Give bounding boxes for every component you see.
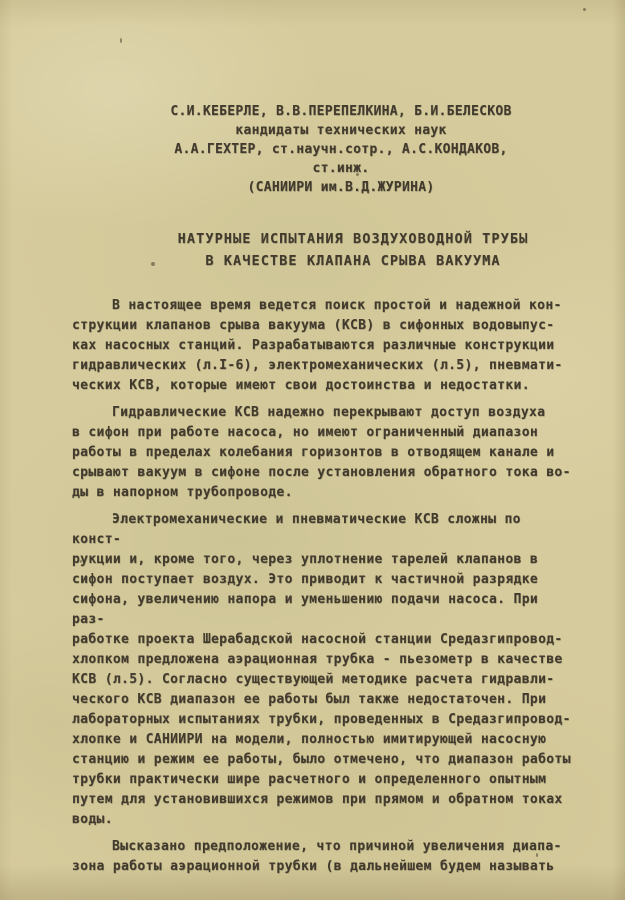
scanned-page: С.И.КЕБЕРЛЕ, В.В.ПЕРЕПЕЛКИНА, Б.И.БЕЛЕСК… [0,0,625,900]
authors-line-1: С.И.КЕБЕРЛЕ, В.В.ПЕРЕПЕЛКИНА, Б.И.БЕЛЕСК… [112,102,570,121]
paragraph-1: В настоящее время ведется поиск простой … [72,296,574,396]
affiliation-line: (САНИИРИ им.В.Д.ЖУРИНА) [112,178,570,197]
paper-title-line-2: В КАЧЕСТВЕ КЛАПАНА СРЫВА ВАКУУМА [136,250,570,272]
authors-block: С.И.КЕБЕРЛЕ, В.В.ПЕРЕПЕЛКИНА, Б.И.БЕЛЕСК… [72,102,570,197]
paragraph-2: Гидравлические КСВ надежно перекрывают д… [72,403,574,503]
paper-title: НАТУРНЫЕ ИСПЫТАНИЯ ВОЗДУХОВОДНОЙ ТРУБЫ В… [72,228,570,272]
authors-line-3: А.А.ГЕХТЕР, ст.научн.сотр., А.С.КОНДАКОВ… [112,140,570,159]
paragraph-4: Высказано предположение, что причиной ув… [72,837,574,877]
authors-line-4: ст.инж. [112,159,570,178]
authors-line-2: кандидаты технических наук [112,121,570,140]
paper-title-line-1: НАТУРНЫЕ ИСПЫТАНИЯ ВОЗДУХОВОДНОЙ ТРУБЫ [136,228,570,250]
document-body: В настоящее время ведется поиск простой … [72,296,574,884]
paragraph-3: Электромеханические и пневматические КСВ… [72,510,574,830]
